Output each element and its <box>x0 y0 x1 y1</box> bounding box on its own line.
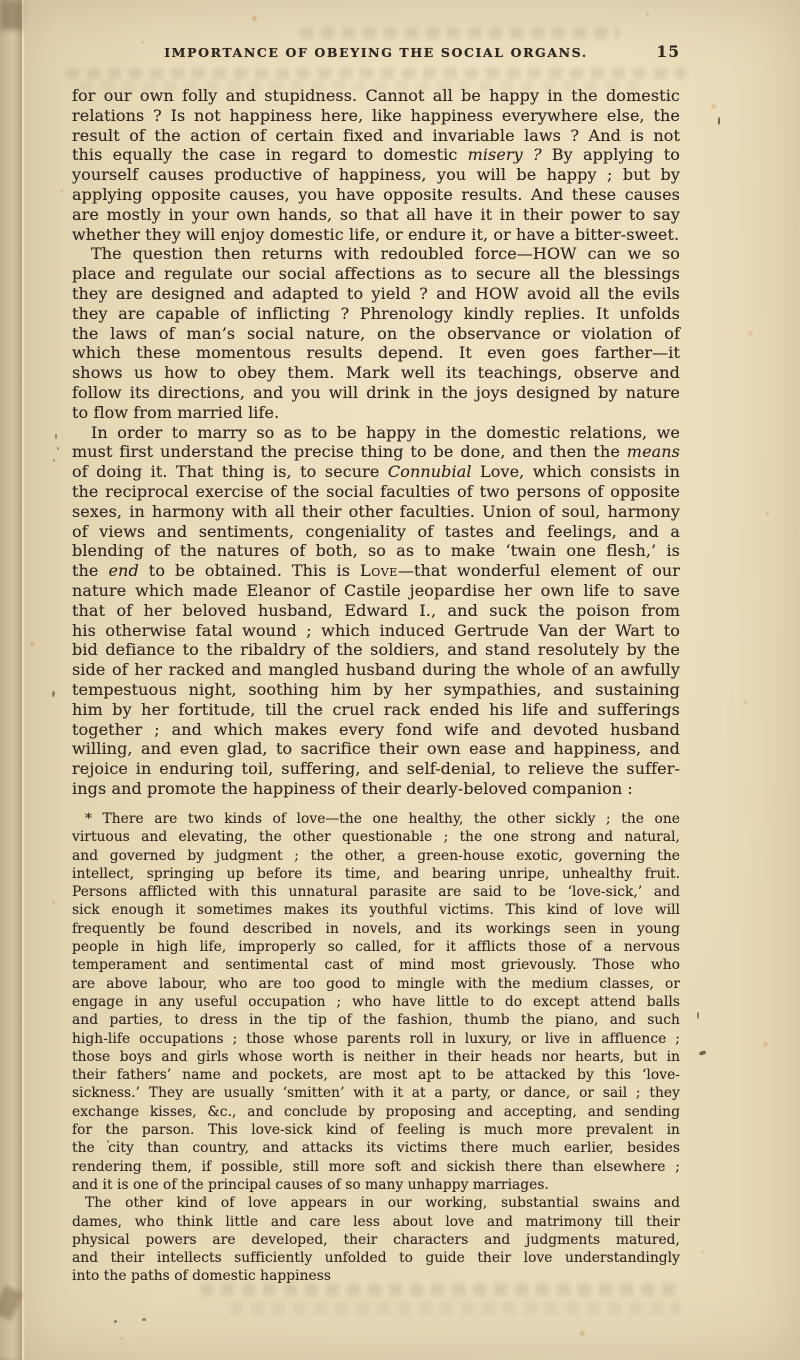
body-text-block: for our own folly and stupidness. Cannot… <box>72 86 680 799</box>
foxing-spots <box>0 0 3 3</box>
text-line: place and regulate our social affections… <box>72 264 680 284</box>
page-number: 15 <box>630 43 680 60</box>
text-line: applying opposite causes, you have oppos… <box>72 185 680 205</box>
text-line: for the parson. This love-sick kind of f… <box>72 1121 680 1139</box>
text-line: virtuous and elevating, the other questi… <box>72 828 680 846</box>
text-line: their fathers’ name and pockets, are mos… <box>72 1066 680 1084</box>
text-line: of views and sentiments, congeniality of… <box>72 522 680 542</box>
text-line: nature which made Eleanor of Castile jeo… <box>72 581 680 601</box>
text-line: intellect, springing up before its time,… <box>72 865 680 883</box>
page-gutter-shadow <box>0 0 22 1360</box>
text-line: his otherwise fatal wound ; which induce… <box>72 621 680 641</box>
text-line: bid defiance to the ribaldry of the sold… <box>72 640 680 660</box>
text-line: The other kind of love appears in our wo… <box>72 1194 680 1212</box>
text-line: they are capable of inflicting ? Phrenol… <box>72 304 680 324</box>
text-line: engage in any useful occupation ; who ha… <box>72 993 680 1011</box>
text-line: those boys and girls whose worth is neit… <box>72 1048 680 1066</box>
corner-shadow <box>0 0 22 30</box>
text-line: high-life occupations ; those whose pare… <box>72 1030 680 1048</box>
text-line: and their intellects sufficiently unfold… <box>72 1249 680 1267</box>
ink-speck <box>114 1320 117 1323</box>
text-line: dames, who think little and care less ab… <box>72 1213 680 1231</box>
ink-speck <box>53 459 55 462</box>
text-line: sick enough it sometimes makes its youth… <box>72 901 680 919</box>
text-line: him by her fortitude, till the cruel rac… <box>72 700 680 720</box>
text-line: together ; and which makes every fond wi… <box>72 720 680 740</box>
text-line: and parties, to dress in the tip of the … <box>72 1011 680 1029</box>
text-line: for our own folly and stupidness. Cannot… <box>72 86 680 106</box>
text-line: whether they will enjoy domestic life, o… <box>72 225 680 245</box>
page-fold-line <box>22 0 25 1360</box>
text-line: ings and promote the happiness of their … <box>72 779 680 799</box>
text-line: are mostly in your own hands, so that al… <box>72 205 680 225</box>
text-line: blending of the natures of both, so as t… <box>72 541 680 561</box>
text-line: into the paths of domestic happiness <box>72 1267 680 1285</box>
text-line: physical powers are developed, their cha… <box>72 1231 680 1249</box>
ink-speck <box>142 1318 146 1321</box>
text-line: of doing it. That thing is, to secure Co… <box>72 462 680 482</box>
text-line: willing, and even glad, to sacrifice the… <box>72 739 680 759</box>
text-line: temperament and sentimental cast of mind… <box>72 956 680 974</box>
text-line: the reciprocal exercise of the social fa… <box>72 482 680 502</box>
text-line: the end to be obtained. This is Love—tha… <box>72 561 680 581</box>
text-line: tempestuous night, soothing him by her s… <box>72 680 680 700</box>
text-line: this equally the case in regard to domes… <box>72 145 680 165</box>
text-line: relations ? Is not happiness here, like … <box>72 106 680 126</box>
text-line: yourself causes productive of happiness,… <box>72 165 680 185</box>
text-line: follow its directions, and you will drin… <box>72 383 680 403</box>
text-line: and governed by judgment ; the other, a … <box>72 847 680 865</box>
show-through-smudge <box>230 1302 680 1315</box>
text-line: exchange kisses, &c., and conclude by pr… <box>72 1103 680 1121</box>
text-line: which these momentous results depend. It… <box>72 343 680 363</box>
text-line: result of the action of certain fixed an… <box>72 126 680 146</box>
text-line: the laws of man’s social nature, on the … <box>72 324 680 344</box>
text-line: people in high life, improperly so calle… <box>72 938 680 956</box>
text-line: frequently be found described in novels,… <box>72 920 680 938</box>
running-title: IMPORTANCE OF OBEYING THE SOCIAL ORGANS. <box>72 45 680 60</box>
text-line: side of her racked and mangled husband d… <box>72 660 680 680</box>
text-line: they are designed and adapted to yield ?… <box>72 284 680 304</box>
footnote-text-block: * There are two kinds of love—the one he… <box>72 810 680 1286</box>
text-line: Persons afflicted with this unnatural pa… <box>72 883 680 901</box>
text-line: are above labour, who are too good to mi… <box>72 975 680 993</box>
text-line: rejoice in enduring toil, suffering, and… <box>72 759 680 779</box>
ink-speck <box>697 1012 699 1019</box>
text-line: In order to marry so as to be happy in t… <box>72 423 680 443</box>
text-line: sickness.’ They are usually ‘smitten’ wi… <box>72 1084 680 1102</box>
text-line: that of her beloved husband, Edward I., … <box>72 601 680 621</box>
ink-speck <box>699 1050 707 1056</box>
ink-speck <box>52 691 55 697</box>
text-line: and it is one of the principal causes of… <box>72 1176 680 1194</box>
text-line: * There are two kinds of love—the one he… <box>72 810 680 828</box>
show-through-smudge <box>300 27 620 39</box>
ink-speck <box>107 1140 109 1143</box>
ink-speck <box>718 117 720 125</box>
book-page-scan: IMPORTANCE OF OBEYING THE SOCIAL ORGANS.… <box>0 0 800 1360</box>
text-line: rendering them, if possible, still more … <box>72 1158 680 1176</box>
text-line: The question then returns with redoubled… <box>72 244 680 264</box>
ink-speck <box>57 447 59 450</box>
text-line: sexes, in harmony with all their other f… <box>72 502 680 522</box>
text-line: the city than country, and attacks its v… <box>72 1139 680 1157</box>
show-through-smudge <box>66 68 686 79</box>
text-line: must first understand the precise thing … <box>72 442 680 462</box>
ink-speck <box>106 1127 108 1133</box>
text-line: shows us how to obey them. Mark well its… <box>72 363 680 383</box>
text-line: to flow from married life. <box>72 403 680 423</box>
ink-speck <box>55 434 57 439</box>
